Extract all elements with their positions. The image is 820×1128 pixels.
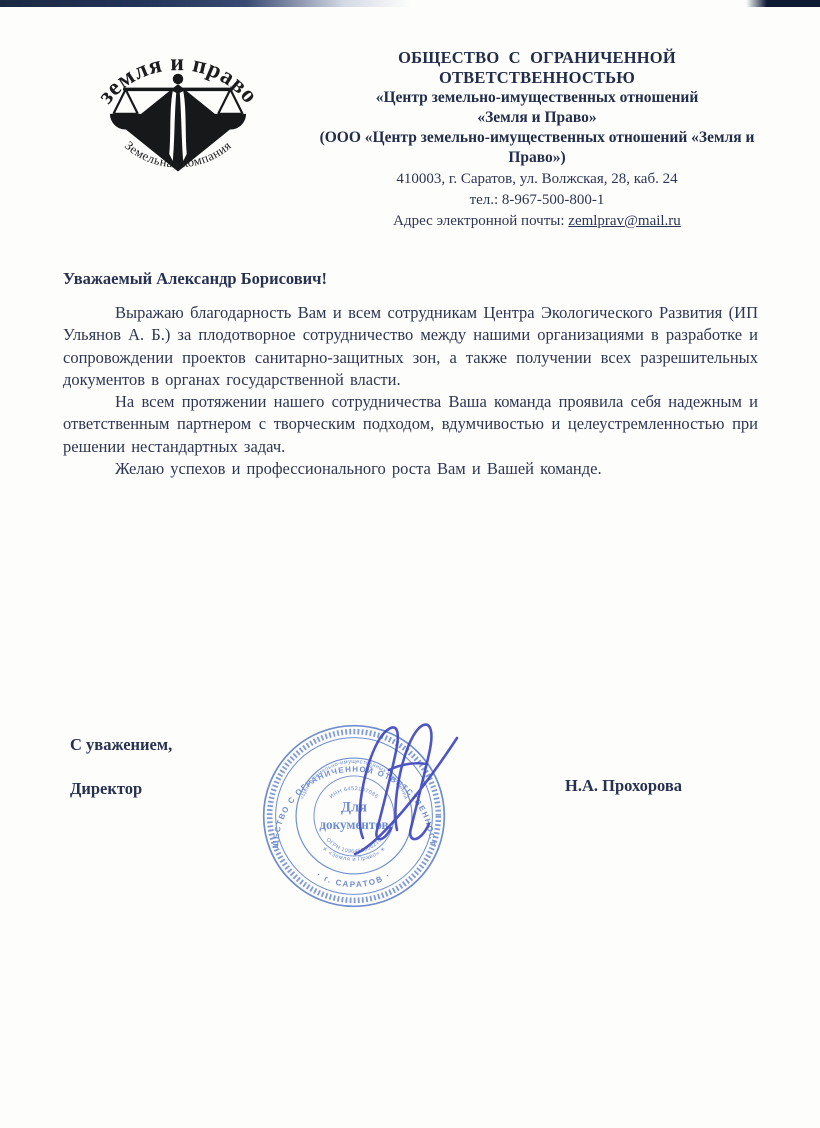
- postal-address: 410003, г. Саратов, ул. Волжская, 28, ка…: [296, 169, 778, 189]
- signer-name: Н.А. Прохорова: [565, 776, 682, 796]
- letter-body: Выражаю благодарность Вам и всем сотрудн…: [63, 302, 758, 480]
- stamp-city-text: · г. САРАТОВ ·: [315, 870, 392, 889]
- org-name-line5: Право»): [296, 148, 778, 168]
- email-line: Адрес электронной почты: zemlprav@mail.r…: [296, 211, 778, 231]
- org-name-line4: (ООО «Центр земельно-имущественных отнош…: [296, 128, 778, 148]
- paragraph-wishes: Желаю успехов и профессионального роста …: [63, 458, 758, 480]
- scales-of-justice-logo-icon: земля и право Земельная компания: [82, 30, 274, 175]
- paragraph-gratitude: Выражаю благодарность Вам и всем сотрудн…: [63, 302, 758, 391]
- scanner-edge-artifact: [0, 0, 820, 7]
- company-logo: земля и право Земельная компания: [82, 30, 274, 175]
- org-name-line3: «Земля и Право»: [296, 108, 778, 128]
- svg-text:· г. САРАТОВ ·: · г. САРАТОВ ·: [315, 870, 392, 889]
- paragraph-partnership: На всем протяжении нашего сотрудничества…: [63, 391, 758, 458]
- email-label: Адрес электронной почты:: [393, 213, 568, 229]
- email-link[interactable]: zemlprav@mail.ru: [568, 213, 681, 229]
- closing-phrase: С уважением,: [70, 735, 172, 755]
- signer-title: Директор: [70, 779, 142, 799]
- phone-number: тел.: 8-967-500-800-1: [296, 190, 778, 210]
- scanned-letter-page: земля и право Земельная компания ОБЩЕСТВ…: [0, 0, 820, 1128]
- org-name-caps: ОБЩЕСТВО С ОГРАНИЧЕННОЙ ОТВЕТСТВЕННОСТЬЮ: [296, 48, 778, 88]
- salutation: Уважаемый Александр Борисович!: [63, 269, 623, 289]
- handwritten-signature: [345, 712, 475, 862]
- org-name-line2: «Центр земельно-имущественных отношений: [296, 88, 778, 108]
- letterhead-header: ОБЩЕСТВО С ОГРАНИЧЕННОЙ ОТВЕТСТВЕННОСТЬЮ…: [296, 48, 778, 231]
- pen-stroke-icon: [345, 712, 475, 862]
